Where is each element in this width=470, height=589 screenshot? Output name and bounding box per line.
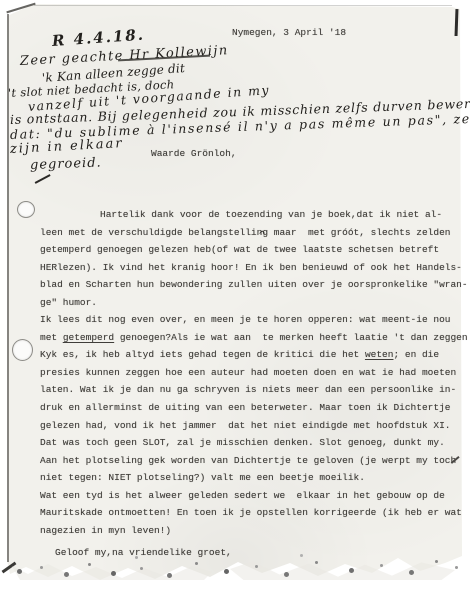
letter-scan: Nymegen, 3 April '18 Waarde Grönloh, Har… bbox=[0, 0, 470, 589]
typed-line: HERlezen). Ik vind het kranig hoor! En i… bbox=[40, 259, 468, 277]
handwritten-line: gegroeid. bbox=[30, 156, 102, 173]
typed-line: blad en Scharten hun bewondering zullen … bbox=[40, 276, 468, 294]
insertion-caret-mark: ^ bbox=[258, 230, 266, 241]
typed-line: niet tegen: NIET plotseling?) valt me ee… bbox=[40, 469, 468, 487]
typed-line: ge" humor. bbox=[40, 294, 468, 312]
typed-line: Aan het plotseling gek worden van Dichte… bbox=[40, 452, 468, 470]
typed-line: leen met de verschuldigde belangstelling… bbox=[40, 224, 468, 242]
typed-line: nagezien in myn leven!) bbox=[40, 522, 468, 540]
typed-line: gelezen had, vond ik het jammer dat het … bbox=[40, 417, 468, 435]
typed-line: Dat was toch geen SLOT, zal je misschien… bbox=[40, 434, 468, 452]
dateline: Nymegen, 3 April '18 bbox=[232, 27, 346, 38]
typed-line: Ik lees dit nog even over, en meen je te… bbox=[40, 311, 468, 329]
typed-line: Mauritskade ontmoetten! En toen ik je op… bbox=[40, 504, 468, 522]
letter-body: Hartelik dank voor de toezending van je … bbox=[40, 206, 468, 562]
typed-line: met getemperd genoegen?Als ie wat aan te… bbox=[40, 329, 468, 347]
typed-line: Wat een tyd is het alweer geleden sedert… bbox=[40, 487, 468, 505]
typed-line: getemperd genoegen gelezen heb(of wat de… bbox=[40, 241, 468, 259]
typed-line: druk en allerminst de uiting van een bet… bbox=[40, 399, 468, 417]
paper-edge-top bbox=[34, 5, 452, 6]
typed-line: presies kunnen zeggen hoe een auteur had… bbox=[40, 364, 468, 382]
punch-hole bbox=[17, 201, 35, 218]
typed-line: laten. Wat ik je dan nu ga schryven is n… bbox=[40, 381, 468, 399]
torn-edge-specks bbox=[0, 548, 3, 551]
salutation: Waarde Grönloh, bbox=[151, 148, 237, 159]
closing-line: Geloof my,na vriendelike groet, bbox=[40, 544, 468, 562]
punch-hole bbox=[12, 339, 33, 361]
typed-line: Kyk es, ik heb altyd iets gehad tegen de… bbox=[40, 346, 468, 364]
typed-line: Hartelik dank voor de toezending van je … bbox=[40, 206, 468, 224]
